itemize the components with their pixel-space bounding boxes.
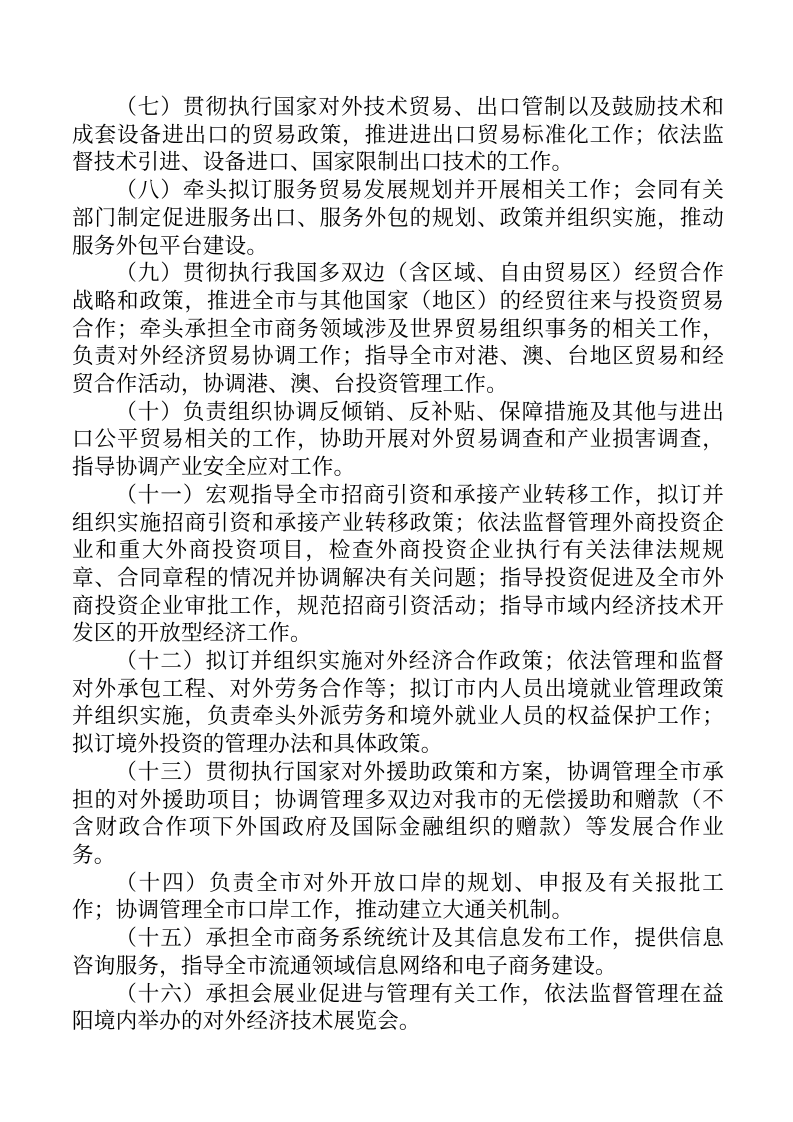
paragraph-item-9: （九）贯彻执行我国多双边（含区域、自由贸易区）经贸合作战略和政策，推进全市与其他… [72, 260, 724, 399]
paragraph-item-10: （十）负责组织协调反倾销、反补贴、保障措施及其他与进出口公平贸易相关的工作，协助… [72, 399, 724, 482]
paragraph-item-11: （十一）宏观指导全市招商引资和承接产业转移工作，拟订并组织实施招商引资和承接产业… [72, 482, 724, 648]
paragraph-item-8: （八）牵头拟订服务贸易发展规划并开展相关工作；会同有关部门制定促进服务出口、服务… [72, 177, 724, 260]
paragraph-item-12: （十二）拟订并组织实施对外经济合作政策；依法管理和监督对外承包工程、对外劳务合作… [72, 648, 724, 759]
paragraph-item-14: （十四）负责全市对外开放口岸的规划、申报及有关报批工作；协调管理全市口岸工作，推… [72, 870, 724, 925]
document-page: （七）贯彻执行国家对外技术贸易、出口管制以及鼓励技术和成套设备进出口的贸易政策，… [0, 0, 793, 1122]
document-body: （七）贯彻执行国家对外技术贸易、出口管制以及鼓励技术和成套设备进出口的贸易政策，… [72, 94, 724, 1036]
paragraph-item-7: （七）贯彻执行国家对外技术贸易、出口管制以及鼓励技术和成套设备进出口的贸易政策，… [72, 94, 724, 177]
paragraph-item-16: （十六）承担会展业促进与管理有关工作，依法监督管理在益阳境内举办的对外经济技术展… [72, 981, 724, 1036]
paragraph-item-15: （十五）承担全市商务系统统计及其信息发布工作，提供信息咨询服务，指导全市流通领域… [72, 925, 724, 980]
paragraph-item-13: （十三）贯彻执行国家对外援助政策和方案，协调管理全市承担的对外援助项目；协调管理… [72, 759, 724, 870]
